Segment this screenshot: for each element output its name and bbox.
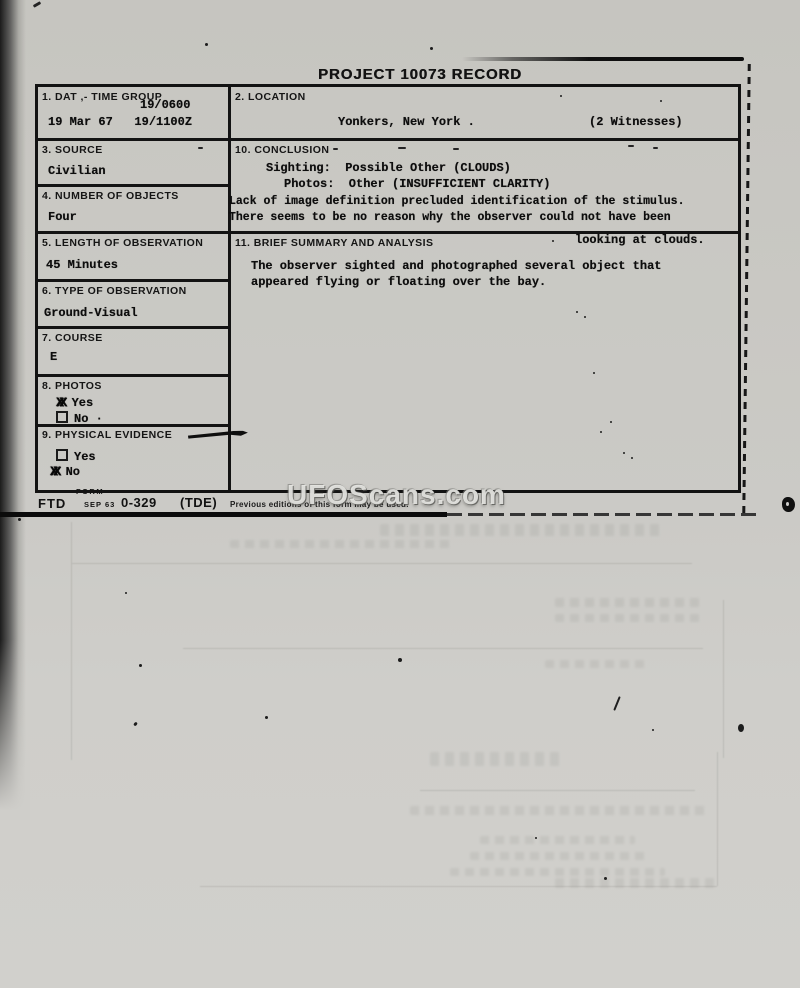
evidence-yes-row: Yes xyxy=(56,449,96,464)
field-label-source: 3. SOURCE xyxy=(42,144,103,156)
field-value-length-of-observation: 45 Minutes xyxy=(46,258,118,272)
field-label-location: 2. LOCATION xyxy=(235,91,306,103)
bleed-through-text xyxy=(545,660,645,668)
scan-speck xyxy=(333,148,338,150)
scan-speck xyxy=(398,658,402,662)
scan-speck xyxy=(125,592,127,594)
bleed-through-line xyxy=(420,790,695,791)
bleed-through-line xyxy=(72,563,692,564)
scan-speck xyxy=(205,43,208,46)
bleed-through-text xyxy=(380,524,660,536)
conclusion-sighting-line: Sighting: Possible Other (CLOUDS) xyxy=(266,161,511,175)
conclusion-carryover-text: looking at clouds. xyxy=(575,233,705,247)
scan-speck xyxy=(584,316,586,318)
field-value-witnesses: (2 Witnesses) xyxy=(589,115,683,129)
bleed-through-text xyxy=(555,614,705,622)
scan-ink-blob xyxy=(782,497,795,512)
photos-no-checkbox xyxy=(56,411,68,423)
bleed-through-line xyxy=(717,752,718,886)
field-value-type-of-observation: Ground-Visual xyxy=(44,306,138,320)
document-title: PROJECT 10073 RECORD xyxy=(318,66,522,83)
field-value-number-of-objects: Four xyxy=(48,210,77,224)
scan-speck xyxy=(430,47,433,50)
scan-speck xyxy=(265,716,268,719)
bleed-through-line xyxy=(71,522,72,760)
scan-left-edge-fade xyxy=(0,640,30,820)
bleed-through-text xyxy=(450,868,665,876)
photos-no-row: No · xyxy=(56,411,103,426)
column-divider xyxy=(228,87,231,490)
watermark: UFOScans.com xyxy=(287,479,506,511)
evidence-yes-checkbox xyxy=(56,449,68,461)
scan-speck xyxy=(133,722,138,727)
row-divider-5 xyxy=(38,326,228,329)
scan-speck xyxy=(198,147,203,149)
bleed-through-text xyxy=(430,752,565,766)
field-value-time-1: 19/0600 xyxy=(140,98,190,112)
scan-bottom-rule-dashed xyxy=(447,513,762,516)
bleed-through-text xyxy=(410,806,705,815)
scan-speck xyxy=(623,452,625,454)
scan-speck xyxy=(398,147,406,149)
field-label-length-of-observation: 5. LENGTH OF OBSERVATION xyxy=(42,237,203,249)
row-divider-4 xyxy=(38,279,228,282)
scan-speck xyxy=(660,100,662,102)
scan-top-rule xyxy=(462,57,744,61)
scan-bottom-rule-solid xyxy=(0,512,447,517)
bleed-through-line xyxy=(183,648,703,649)
field-value-date-time: 19 Mar 67 19/1100Z xyxy=(48,115,192,129)
evidence-no-label: No xyxy=(66,465,80,479)
conclusion-text-line-1: Lack of image definition precluded ident… xyxy=(229,195,684,208)
row-divider-1 xyxy=(38,138,738,141)
scan-right-dashed-fold-line xyxy=(742,64,751,516)
field-label-number-of-objects: 4. NUMBER OF OBJECTS xyxy=(42,190,179,202)
footer-form-number: 0-329 xyxy=(121,495,157,510)
project-10073-form: 1. DAT ,- TIME GROUP 19/0600 19 Mar 67 1… xyxy=(35,84,741,493)
field-value-location: Yonkers, New York . xyxy=(338,115,475,129)
scan-speck xyxy=(610,421,612,423)
scan-speck xyxy=(600,431,602,433)
scan-speck xyxy=(593,372,595,374)
field-label-physical-evidence: 9. PHYSICAL EVIDENCE xyxy=(42,429,172,441)
pen-slash-mark xyxy=(613,696,620,711)
photos-yes-row: XXYes xyxy=(56,395,93,410)
field-label-photos: 8. PHOTOS xyxy=(42,380,102,392)
bleed-through-text xyxy=(230,540,450,548)
footer-form-word: FORM xyxy=(76,487,104,496)
scan-speck xyxy=(653,147,658,149)
photos-yes-label: Yes xyxy=(72,396,94,410)
bleed-through-text xyxy=(480,836,635,844)
scan-speck xyxy=(560,95,562,97)
field-label-type-of-observation: 6. TYPE OF OBSERVATION xyxy=(42,285,187,297)
bleed-through-text xyxy=(555,878,720,888)
scan-speck xyxy=(652,729,654,731)
scan-speck xyxy=(552,240,554,242)
scan-speck xyxy=(628,145,634,147)
scan-speck xyxy=(33,1,41,8)
summary-text-line-1: The observer sighted and photographed se… xyxy=(251,259,661,273)
footer-agency: FTD xyxy=(38,496,66,511)
footer-form-date: SEP 63 xyxy=(84,500,115,509)
row-divider-6 xyxy=(38,374,228,377)
row-divider-2 xyxy=(38,184,228,187)
photos-no-label: No · xyxy=(74,412,103,426)
summary-text-line-2: appeared flying or floating over the bay… xyxy=(251,275,546,289)
evidence-no-checkmark: XX xyxy=(50,464,57,479)
field-label-conclusion: 10. CONCLUSION xyxy=(235,144,329,156)
field-label-brief-summary: 11. BRIEF SUMMARY AND ANALYSIS xyxy=(235,237,433,249)
field-value-source: Civilian xyxy=(48,164,106,178)
field-value-course: E xyxy=(50,350,57,364)
conclusion-text-line-2: There seems to be no reason why the obse… xyxy=(229,211,671,224)
bleed-through-text xyxy=(470,852,645,860)
scan-speck xyxy=(631,457,633,459)
scan-speck xyxy=(453,148,459,150)
scan-speck xyxy=(139,664,142,667)
conclusion-photos-line: Photos: Other (INSUFFICIENT CLARITY) xyxy=(284,177,550,191)
bleed-through-text xyxy=(555,598,700,607)
pen-streak xyxy=(188,430,248,440)
scan-speck xyxy=(18,518,21,521)
field-label-course: 7. COURSE xyxy=(42,332,103,344)
evidence-no-row: XXNo xyxy=(50,464,80,479)
footer-form-tde: (TDE) xyxy=(180,495,217,510)
bleed-through-line xyxy=(723,600,724,758)
scan-speck xyxy=(738,724,744,732)
photos-yes-checkmark: XX xyxy=(56,395,63,410)
evidence-yes-label: Yes xyxy=(74,450,96,464)
scan-speck xyxy=(576,311,578,313)
